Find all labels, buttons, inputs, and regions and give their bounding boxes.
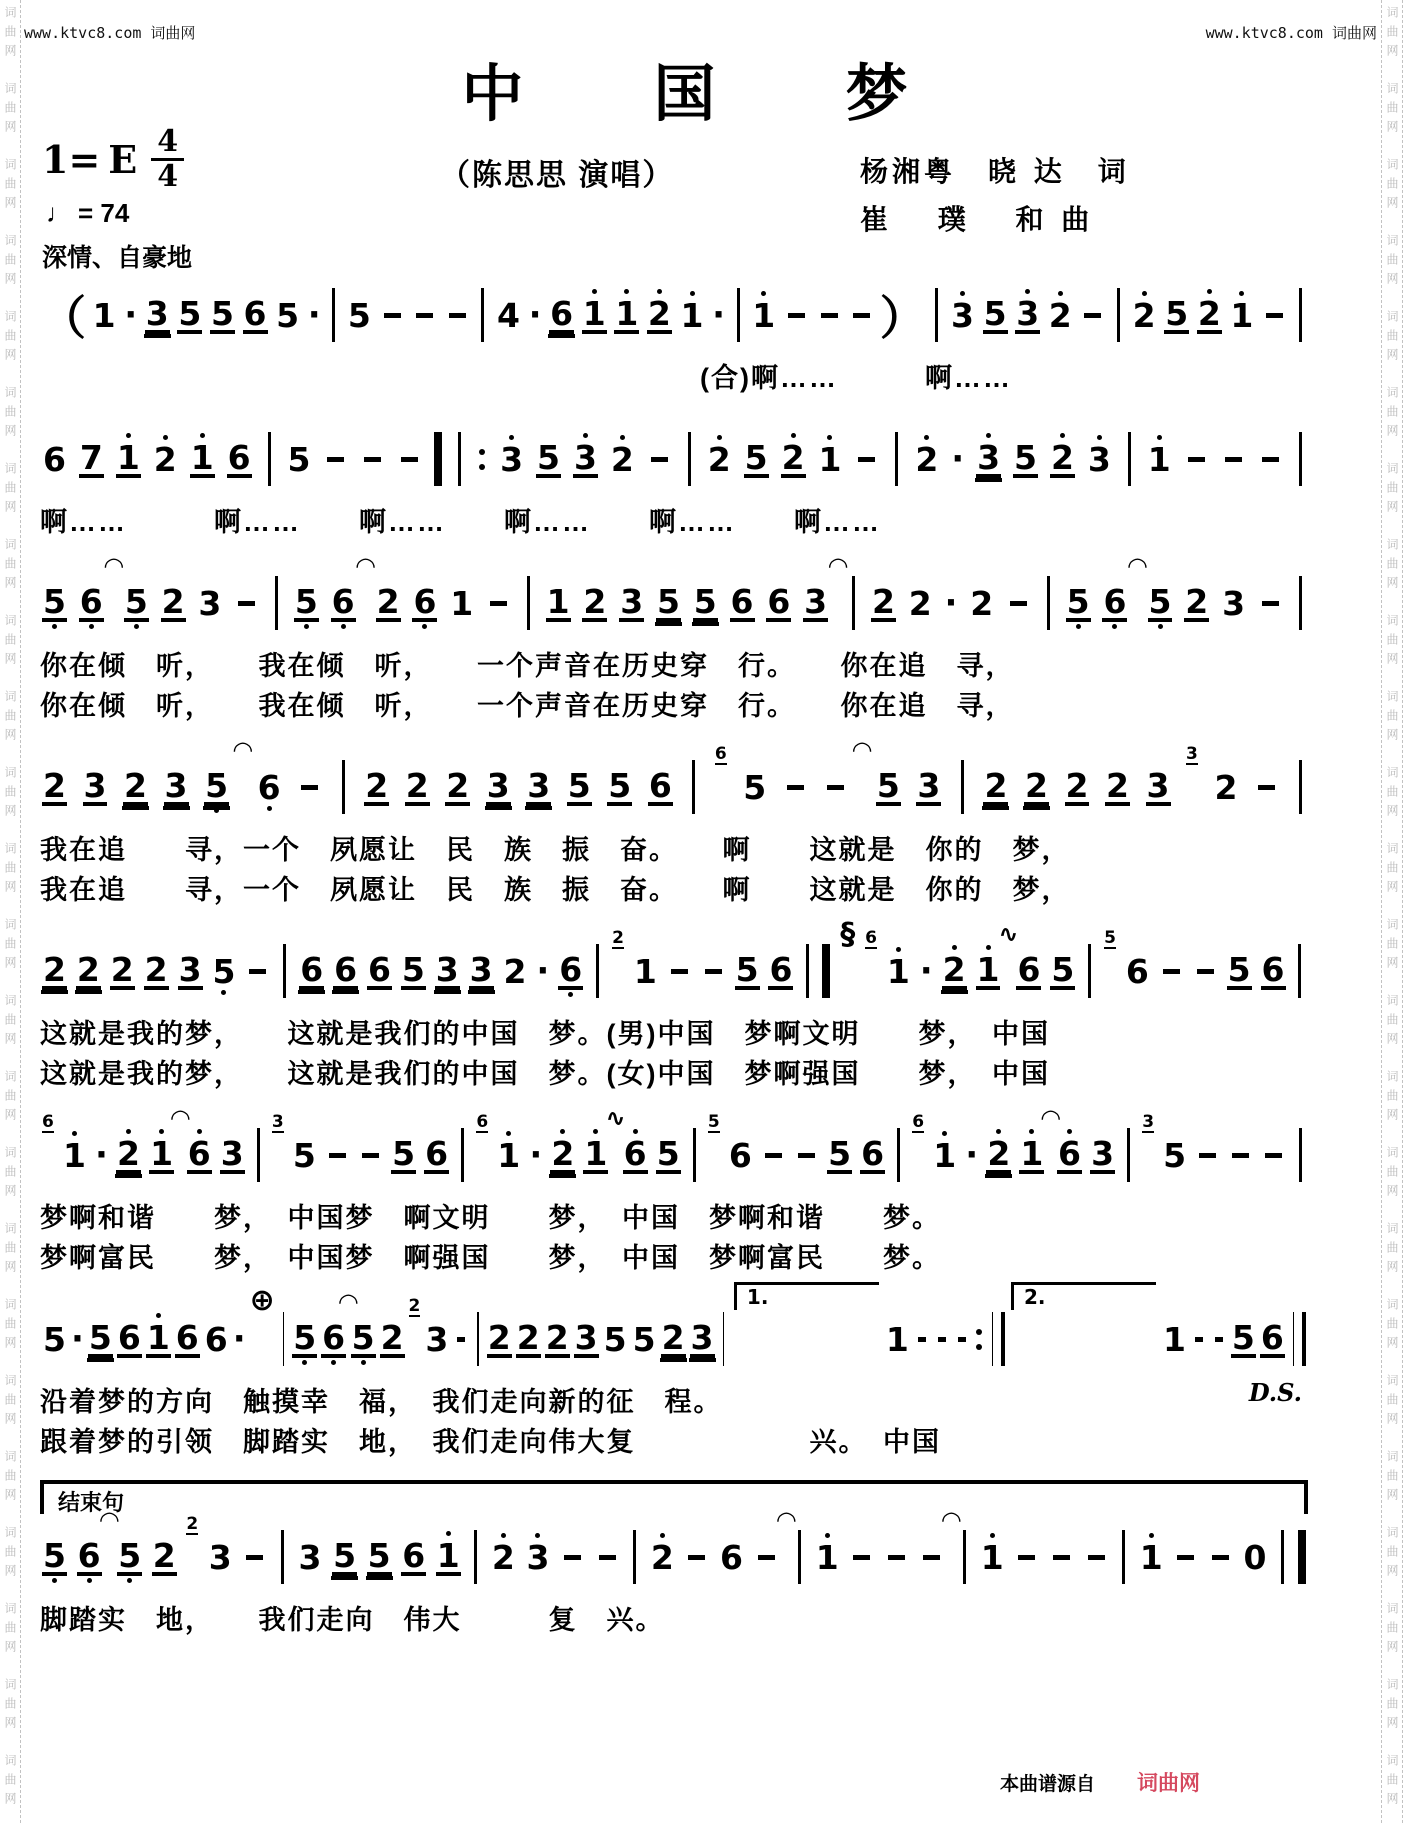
note: 1: [817, 433, 842, 486]
note: 3: [950, 289, 975, 342]
barline: [1122, 1530, 1125, 1584]
segno-icon: §: [840, 920, 855, 950]
duration-dash: [327, 457, 344, 462]
note: 6: [204, 1313, 229, 1366]
note: 2: [1132, 289, 1157, 342]
note: 2: [545, 1311, 570, 1368]
lyricist-credit: 杨湘粤 晓 达 词: [860, 150, 1150, 190]
note: 2: [1105, 759, 1130, 816]
note: 2: [491, 1531, 516, 1584]
augmentation-dot: ·: [124, 295, 137, 335]
augmentation-dot: ·: [529, 295, 542, 335]
note: 5: [332, 1529, 357, 1586]
barline: [281, 1530, 284, 1584]
note: 2: [914, 433, 939, 486]
note: 1: [1139, 1531, 1164, 1584]
note: 1: [980, 1531, 1005, 1584]
duration-dash: [1199, 1153, 1216, 1158]
note: 2: [516, 1311, 541, 1368]
barline: [963, 1530, 966, 1584]
parenthesis: ）: [880, 282, 926, 348]
duration-dash: [1018, 1555, 1035, 1560]
duration-dash: [1265, 1153, 1282, 1158]
note: 5: [42, 1313, 67, 1366]
duration-dash: [858, 457, 875, 462]
duration-dash: [301, 785, 318, 790]
note: 6: [1016, 943, 1041, 1000]
note: 1: [751, 289, 776, 342]
note: 1: [885, 1313, 910, 1366]
note: 6: [730, 575, 755, 632]
repeat-begin-barline: [434, 432, 442, 486]
note: 5: [347, 289, 372, 342]
slur-arc: ◠: [1128, 554, 1146, 578]
note: 3: [145, 287, 170, 344]
duration-dash: [1188, 457, 1205, 462]
note: 3: [619, 575, 644, 632]
note: 2: [153, 433, 178, 486]
note: 5: [117, 1529, 142, 1586]
note: 1: [614, 287, 639, 344]
grace-note: 3: [272, 1114, 284, 1133]
notation-line: 23235◠62223355665◠532222332: [40, 744, 1308, 830]
note: 5: [1148, 575, 1173, 632]
music-system-4: 23235◠62223355665◠532222332我在追 寻，一个 夙愿让 …: [40, 744, 1308, 910]
duration-dash: [1197, 969, 1214, 974]
barline: [461, 1128, 464, 1182]
note: 6: [860, 1127, 885, 1184]
site-url-top-right[interactable]: www.ktvc8.com 词曲网: [1206, 22, 1377, 43]
barline: [474, 1530, 477, 1584]
barline: [693, 1128, 696, 1182]
key-signature: 1= E 4 4: [42, 126, 184, 192]
tempo-marking: ♩ = 74: [46, 198, 129, 229]
barline: [1047, 576, 1050, 630]
key-prefix: 1=: [42, 137, 100, 182]
duration-dash: [599, 1555, 616, 1560]
duration-dash: [401, 457, 418, 462]
lyric-line: 跟着梦的引领 脚踏实 地， 我们走向伟大复 兴。 中国: [40, 1422, 1308, 1462]
augmentation-dot: ·: [920, 951, 933, 991]
composer-credit: 崔 璞 和 曲: [860, 198, 1150, 238]
duration-dash: [1010, 601, 1027, 606]
barline: [332, 288, 335, 342]
lyric-line: 我在追 寻，一个 夙愿让 民 族 振 奋。 啊 这就是 你的 梦，: [40, 830, 1308, 870]
barline: [633, 1530, 636, 1584]
note: 1: [1019, 1127, 1044, 1184]
ornament-wavy: ∿: [998, 922, 1018, 946]
note: 6: [558, 943, 583, 1000]
note: 1: [146, 1311, 171, 1368]
barline: [737, 288, 740, 342]
music-system-1: （1·35565·54·61121·1）35322521(合)啊…… 啊……: [40, 272, 1308, 398]
duration-dash: [1215, 1337, 1223, 1342]
augmentation-dot: ·: [308, 295, 321, 335]
music-system-8: 结束句56◠5223355612326◠1◠110脚踏实 地， 我们走向 伟大 …: [40, 1480, 1308, 1640]
note: 5: [367, 1529, 392, 1586]
note: 3: [208, 1531, 233, 1584]
duration-dash: [671, 969, 688, 974]
note: 6: [768, 943, 793, 1000]
duration-dash: [938, 1337, 946, 1342]
note: 3: [976, 431, 1001, 488]
note: 1: [149, 1127, 174, 1184]
duration-dash: [1258, 785, 1275, 790]
duration-dash: [246, 1555, 263, 1560]
note: 1: [436, 1529, 461, 1586]
grace-note: 2: [612, 930, 624, 949]
note: 2: [503, 945, 528, 998]
notation-line: 61·21◠63355661·21∿65565661·21◠6335: [40, 1112, 1308, 1198]
note: 3: [486, 759, 511, 816]
footer: 本曲谱源自 词曲网: [1000, 1767, 1200, 1797]
augmentation-dot: ·: [71, 1319, 84, 1359]
note: 6: [243, 287, 268, 344]
key-letter: E: [108, 137, 137, 182]
note: 1: [815, 1531, 840, 1584]
note: 2: [152, 1529, 177, 1586]
repeat-end-barline: [1001, 1312, 1005, 1366]
note: 3: [1090, 1127, 1115, 1184]
barline: [257, 1128, 260, 1182]
note: 2: [1048, 289, 1073, 342]
note: 3: [424, 1313, 449, 1366]
barline: [688, 432, 691, 486]
duration-dash: [1163, 969, 1180, 974]
note: 5: [735, 943, 760, 1000]
duration-dash: [490, 601, 507, 606]
note: 3: [1015, 287, 1040, 344]
duration-dash: [758, 1555, 775, 1560]
augmentation-dot: ·: [536, 951, 549, 991]
augmentation-dot: ·: [951, 439, 964, 479]
note: 6: [77, 1529, 102, 1586]
note: 6: [331, 575, 356, 632]
note: 2: [707, 433, 732, 486]
note: 3: [573, 431, 598, 488]
note: 1: [116, 431, 141, 488]
ending-phrase-label: 结束句: [40, 1480, 1308, 1514]
note: 5: [294, 575, 319, 632]
duration-dash: [457, 1337, 465, 1342]
barline: [275, 576, 278, 630]
note: 1: [1229, 289, 1254, 342]
duration-dash: [362, 1153, 379, 1158]
grace-note: 5: [1104, 930, 1116, 949]
duration-dash: [923, 1555, 940, 1560]
site-url-top-left[interactable]: www.ktvc8.com 词曲网: [24, 22, 195, 43]
note: 2: [1184, 575, 1209, 632]
note: 2: [550, 1127, 575, 1184]
note: 3: [574, 1311, 599, 1368]
lyric-line: 脚踏实 地， 我们走向 伟大 复 兴。: [40, 1600, 1308, 1640]
note: 5: [1066, 575, 1091, 632]
notation-line: 5·56166·⊕56◠5223222355231.12.156: [40, 1296, 1308, 1382]
note: 3: [164, 759, 189, 816]
note: 2: [405, 759, 430, 816]
quarter-note-icon: ♩: [46, 198, 72, 229]
grace-note: 3: [1186, 746, 1198, 765]
note: 5: [42, 1529, 67, 1586]
barline: [527, 576, 530, 630]
augmentation-dot: ·: [529, 1135, 542, 1175]
duration-dash: [1266, 313, 1283, 318]
note: 5: [204, 759, 229, 816]
barline: [477, 1312, 478, 1366]
duration-dash: [853, 1555, 870, 1560]
note: 0: [1242, 1531, 1267, 1584]
duration-dash: [958, 1337, 966, 1342]
note: 2: [582, 575, 607, 632]
note: 1: [92, 289, 117, 342]
lyric-line: 沿着梦的方向 触摸幸 福， 我们走向新的征 程。: [40, 1382, 1308, 1422]
note: 5: [603, 1313, 628, 1366]
duration-dash: [416, 313, 433, 318]
slur-arc: ◠: [339, 1290, 357, 1314]
note: 6: [1260, 1311, 1285, 1368]
note: 1: [496, 1129, 521, 1182]
duration-dash: [364, 457, 381, 462]
duration-dash: [688, 1555, 705, 1560]
note: 6: [648, 759, 673, 816]
note: 5: [742, 761, 767, 814]
augmentation-dot: ·: [95, 1135, 108, 1175]
note: 2: [445, 759, 470, 816]
lyric-line: 这就是我的梦， 这就是我们的中国 梦。(男)中国 梦啊文明 梦， 中国: [40, 1014, 1308, 1054]
note: 5: [211, 945, 236, 998]
note: 5: [391, 1127, 416, 1184]
note: 2: [647, 287, 672, 344]
note: 5: [827, 1127, 852, 1184]
duration-dash: [1088, 1555, 1105, 1560]
note: 3: [499, 433, 524, 486]
note: 5: [275, 289, 300, 342]
duration-dash: [329, 1153, 346, 1158]
lyric-line: 这就是我的梦， 这就是我们的中国 梦。(女)中国 梦啊强国 梦， 中国: [40, 1054, 1308, 1094]
note: 6: [719, 1531, 744, 1584]
note: 2: [42, 759, 67, 816]
duration-dash: [384, 313, 401, 318]
lyric-line: 啊…… 啊…… 啊…… 啊…… 啊…… 啊……: [40, 502, 1308, 542]
note: 7: [79, 431, 104, 488]
music-system-2: 6712165353225212·35231啊…… 啊…… 啊…… 啊…… 啊……: [40, 416, 1308, 542]
note: 2: [1024, 759, 1049, 816]
slur-arc: ◠: [234, 738, 252, 762]
note: 3: [469, 943, 494, 1000]
note: 2: [161, 575, 186, 632]
systems: （1·35565·54·61121·1）35322521(合)啊…… 啊……67…: [40, 272, 1308, 1658]
note: 3: [690, 1311, 715, 1368]
barline: [961, 760, 964, 814]
note: 6: [412, 575, 437, 632]
lyric-line: 你在倾 听， 我在倾 听， 一个声音在历史穿 行。 你在追 寻，: [40, 686, 1308, 726]
note: 5: [693, 575, 718, 632]
barline: [798, 1530, 801, 1584]
duration-dash: [918, 1337, 926, 1342]
note: 2: [661, 1311, 686, 1368]
grace-note: 2: [409, 1298, 421, 1317]
note: 6: [401, 1529, 426, 1586]
duration-dash: [1232, 1153, 1249, 1158]
barline: [283, 1312, 284, 1366]
duration-dash: [765, 1153, 782, 1158]
barline: [1299, 1128, 1302, 1182]
final-barline: [1298, 1530, 1306, 1584]
duration-dash: [1084, 313, 1101, 318]
barline: [723, 1312, 724, 1366]
note: 3: [526, 759, 551, 816]
note: 2: [650, 1531, 675, 1584]
note: 1: [886, 945, 911, 998]
music-system-3: 56◠52356◠26112355663◠22·256◠523你在倾 听， 我在…: [40, 560, 1308, 726]
slur-arc: ◠: [942, 1508, 960, 1532]
note: 2: [110, 943, 135, 1000]
note: 5: [1162, 1129, 1187, 1182]
note: 1: [583, 1127, 608, 1184]
note: 5: [1164, 287, 1189, 344]
note: 6: [333, 943, 358, 1000]
note: 2: [908, 577, 933, 630]
note: 5: [401, 943, 426, 1000]
note: 5: [656, 1127, 681, 1184]
note: 2: [781, 431, 806, 488]
note: 1: [190, 431, 215, 488]
barline: [897, 1128, 900, 1182]
parenthesis: （: [40, 282, 86, 348]
augmentation-dot: ·: [233, 1319, 246, 1359]
lyric-line: 你在倾 听， 我在倾 听， 一个声音在历史穿 行。 你在追 寻，: [40, 646, 1308, 686]
note: 6: [257, 761, 282, 814]
duration-dash: [238, 601, 255, 606]
note: 6: [1102, 575, 1127, 632]
tempo-value: = 74: [78, 198, 129, 229]
lyric-line: (合)啊…… 啊……: [700, 358, 1308, 398]
duration-dash: [821, 313, 838, 318]
note: 6: [367, 943, 392, 1000]
note: 1: [680, 289, 705, 342]
barline: [268, 432, 271, 486]
duration-dash: [1177, 1555, 1194, 1560]
note: 5: [42, 575, 67, 632]
note: 2: [1050, 431, 1075, 488]
barline: [692, 760, 695, 814]
duration-dash: [705, 969, 722, 974]
brand-link[interactable]: 词曲网: [1137, 1767, 1200, 1797]
note: 2: [364, 759, 389, 816]
slur-arc: ◠: [853, 738, 871, 762]
note: 6: [79, 575, 104, 632]
note: 3: [298, 1531, 323, 1584]
note: 2: [610, 433, 635, 486]
duration-dash: [853, 313, 870, 318]
barline: [1298, 944, 1301, 998]
grace-note: 6: [715, 746, 727, 765]
note: 3: [220, 1127, 245, 1184]
duration-dash: [449, 313, 466, 318]
note: 6: [1261, 943, 1286, 1000]
augmentation-dot: ·: [945, 583, 958, 623]
meter-denominator: 4: [157, 161, 178, 193]
note: 3: [197, 577, 222, 630]
watermark-strip-right: 词曲网 词曲网 词曲网 词曲网 词曲网 词曲网 词曲网 词曲网 词曲网 词曲网 …: [1381, 0, 1403, 1823]
note: 5: [88, 1311, 113, 1368]
barline: [895, 432, 898, 486]
lyric-line: 梦啊富民 梦， 中国梦 啊强国 梦， 中国 梦啊富民 梦。: [40, 1238, 1308, 1278]
note: 2: [986, 1127, 1011, 1184]
note: 5: [292, 1311, 317, 1368]
note: 2: [76, 943, 101, 1000]
note: 5: [177, 287, 202, 344]
note: 3: [525, 1531, 550, 1584]
note: 2: [1065, 759, 1090, 816]
slur-arc: ◠: [105, 554, 123, 578]
note: 6: [728, 1129, 753, 1182]
ornament-wavy: ∿: [605, 1106, 625, 1130]
note: 2: [144, 943, 169, 1000]
second-ending-bracket: 2.: [1011, 1282, 1156, 1310]
duration-dash: [827, 785, 844, 790]
repeat-dots: [976, 1329, 982, 1350]
note: 6: [299, 943, 324, 1000]
note: 2: [116, 1127, 141, 1184]
note: 3: [178, 943, 203, 1000]
note: 5: [292, 1129, 317, 1182]
notation-line: 56◠5223355612326◠1◠110: [40, 1514, 1308, 1600]
barline: [1128, 432, 1131, 486]
note: 5: [536, 431, 561, 488]
barline: [1117, 288, 1120, 342]
barline: [935, 288, 938, 342]
note: 6: [187, 1127, 212, 1184]
note: 6: [1057, 1127, 1082, 1184]
note: 6: [766, 575, 791, 632]
repeat-dots: [479, 449, 485, 470]
grace-note: 6: [476, 1114, 488, 1133]
note: 1: [932, 1129, 957, 1182]
duration-dash: [249, 969, 266, 974]
slur-arc: ◠: [100, 1508, 118, 1532]
grace-note: 5: [708, 1114, 720, 1133]
note: 4: [496, 289, 521, 342]
expression-marking: 深情、自豪地: [42, 238, 192, 274]
note: 6: [117, 1311, 142, 1368]
barline: [1299, 432, 1302, 486]
performer-subtitle: （陈思思 演唱）: [440, 150, 674, 194]
source-note: 本曲谱源自: [1000, 1769, 1095, 1796]
slur-arc: ◠: [1041, 1106, 1059, 1130]
note: 3: [803, 575, 828, 632]
note: 5: [983, 287, 1008, 344]
note: 1: [546, 575, 571, 632]
note: 3: [1087, 433, 1112, 486]
coda-icon: ⊕: [250, 1286, 275, 1316]
note: 5: [876, 759, 901, 816]
notation-line: 6712165353225212·35231: [40, 416, 1308, 502]
watermark-strip-left: 词曲网 词曲网 词曲网 词曲网 词曲网 词曲网 词曲网 词曲网 词曲网 词曲网 …: [0, 0, 21, 1823]
sheet-page: 词曲网 词曲网 词曲网 词曲网 词曲网 词曲网 词曲网 词曲网 词曲网 词曲网 …: [0, 0, 1403, 1823]
note: 2: [380, 1311, 405, 1368]
note: 2: [42, 943, 67, 1000]
duration-dash: [564, 1555, 581, 1560]
duration-dash: [798, 1153, 815, 1158]
note: 2: [1213, 761, 1238, 814]
note: 6: [623, 1127, 648, 1184]
augmentation-dot: ·: [712, 295, 725, 335]
grace-note: 6: [865, 930, 877, 949]
duration-dash: [651, 457, 668, 462]
grace-note: 6: [42, 1114, 54, 1133]
note: 2: [123, 759, 148, 816]
